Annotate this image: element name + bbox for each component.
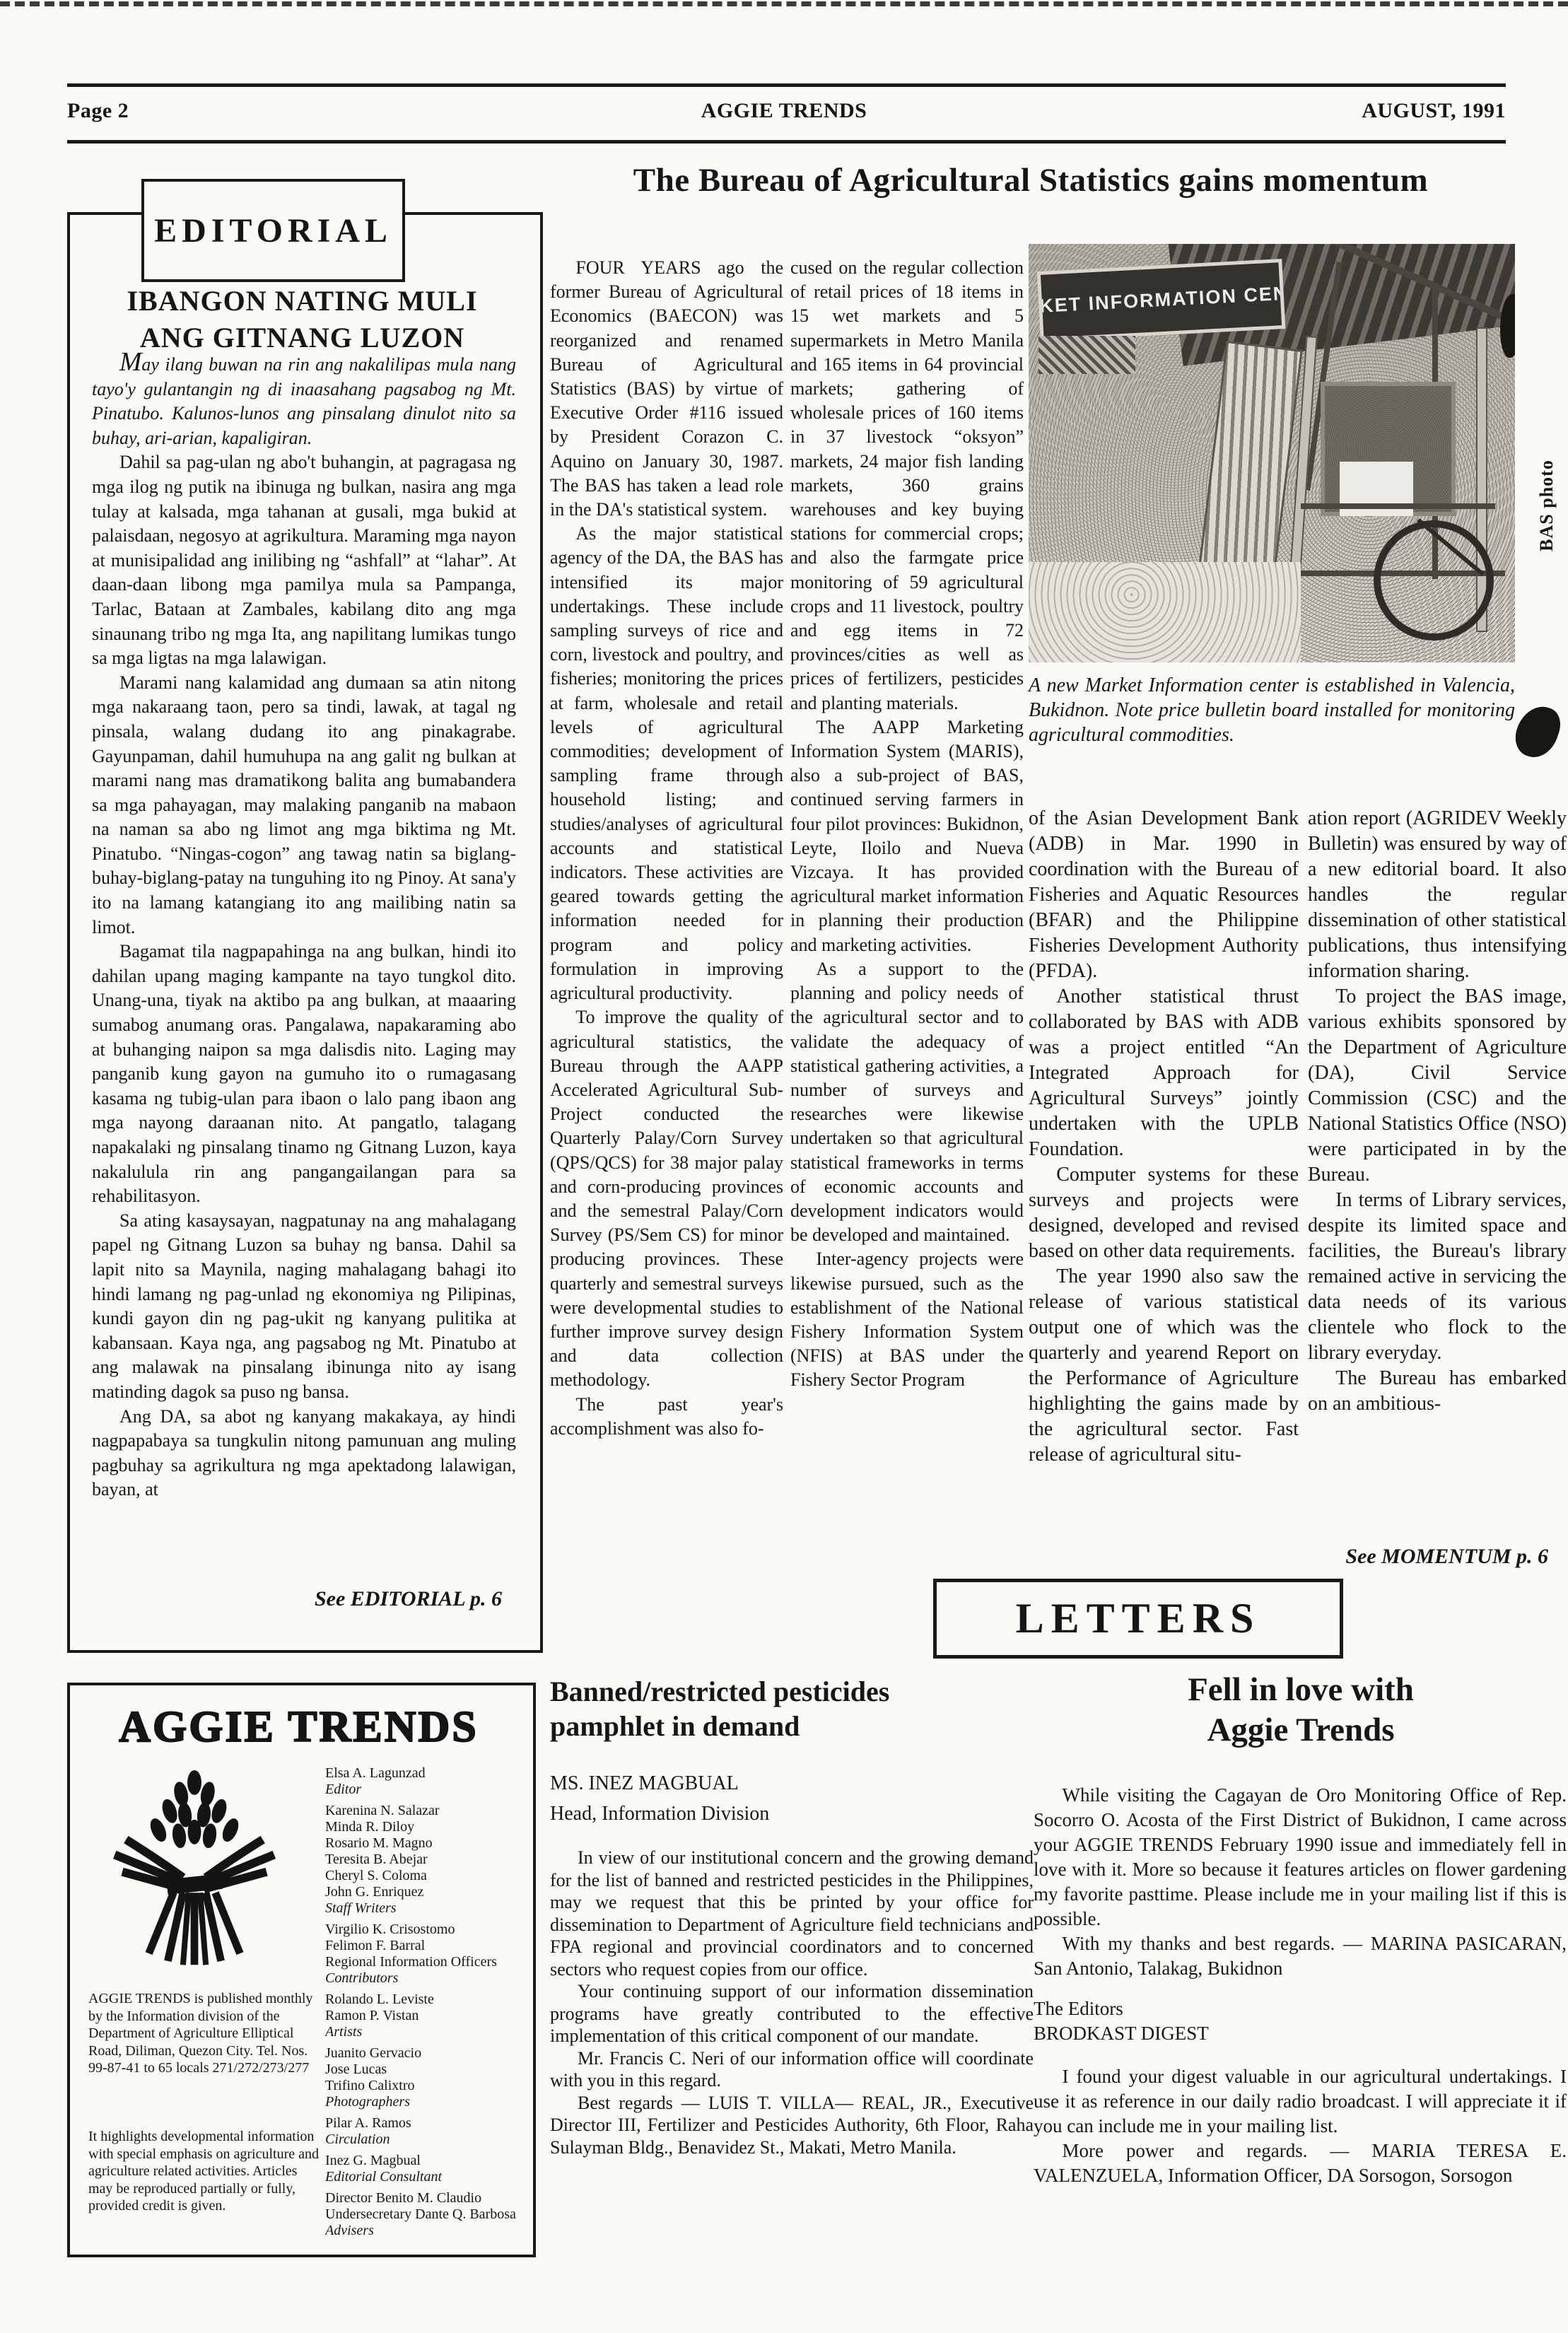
masthead-about-1: AGGIE TRENDS is published monthly by the… xyxy=(88,1990,322,2077)
staff-group-editor: Elsa A. Lagunzad Editor xyxy=(325,1765,523,1798)
photo-sign-text: MARKET INFORMATION CENTER xyxy=(1036,280,1285,320)
letter-paragraph: More power and regards. — MARIA TERESA E… xyxy=(1034,2139,1567,2188)
staff-name: Teresita B. Abejar xyxy=(325,1852,523,1868)
article-column-2: cused on the regular collection of retai… xyxy=(790,256,1024,1585)
running-head: AGGIE TRENDS xyxy=(0,99,1568,123)
letter2-addressee-line1: The Editors xyxy=(1034,1996,1567,2021)
staff-name: Minda R. Diloy xyxy=(325,1819,523,1835)
staff-name: Karenina N. Salazar xyxy=(325,1803,523,1819)
editorial-continuation: See EDITORIAL p. 6 xyxy=(92,1587,502,1611)
staff-name: Felimon F. Barral xyxy=(325,1938,523,1954)
article-paragraph: The year 1990 also saw the release of va… xyxy=(1029,1264,1299,1468)
letter1-addressee-name: MS. INEZ MAGBUAL xyxy=(550,1771,739,1796)
photo-rail xyxy=(1301,503,1495,509)
top-edge-dashes xyxy=(0,1,1568,6)
photo-wheel xyxy=(1374,520,1494,641)
letter1-addressee-title: Head, Information Division xyxy=(550,1801,769,1827)
letter2-title: Fell in love with Aggie Trends xyxy=(1036,1670,1566,1750)
staff-group-contributors: Virgilio K. Crisostomo Felimon F. Barral… xyxy=(325,1922,523,1987)
editorial-paragraph: Marami nang kalamidad ang dumaan sa atin… xyxy=(92,671,516,940)
header-rule-top xyxy=(67,83,1506,87)
letter2-title-line1: Fell in love with xyxy=(1036,1670,1566,1710)
editorial-paragraph: May ilang buwan na rin ang nakalilipas m… xyxy=(92,350,516,450)
staff-name: Juanito Gervacio xyxy=(325,2045,523,2062)
staff-role: Editor xyxy=(325,1782,523,1798)
article-paragraph: The Bureau has embarked on an ambitious- xyxy=(1308,1366,1567,1417)
article-column-5: ation report (AGRIDEV Weekly Bulletin) w… xyxy=(1308,806,1567,1506)
photo-sign-board: MARKET INFORMATION CENTER xyxy=(1036,259,1285,341)
article-column-1: FOUR YEARS ago the former Bureau of Agri… xyxy=(550,256,783,1585)
letter2-body: While visiting the Cagayan de Oro Monito… xyxy=(1034,1783,1567,2278)
article-column-4: of the Asian Development Bank (ADB) in M… xyxy=(1029,806,1299,1584)
ink-smudge xyxy=(1510,701,1565,763)
staff-name: Cheryl S. Coloma xyxy=(325,1868,523,1884)
editorial-title: IBANGON NATING MULI ANG GITNANG LUZON xyxy=(81,283,523,356)
staff-name: Trifino Calixtro xyxy=(325,2078,523,2094)
masthead-staff-list: Elsa A. Lagunzad Editor Karenina N. Sala… xyxy=(325,1765,523,2240)
staff-role: Advisers xyxy=(325,2223,523,2239)
article-paragraph: The AAPP Marketing Information System (M… xyxy=(790,715,1024,957)
staff-name: Ramon P. Vistan xyxy=(325,2008,523,2024)
editorial-paragraph: Sa ating kasaysayan, nagpatunay na ang m… xyxy=(92,1209,516,1405)
letter1-title-line2: pamphlet in demand xyxy=(550,1709,1045,1743)
letter-paragraph: In view of our institutional concern and… xyxy=(550,1847,1034,1980)
staff-role: Circulation xyxy=(325,2132,523,2148)
staff-name: Jose Lucas xyxy=(325,2062,523,2078)
letter2-addressee-line2: BRODKAST DIGEST xyxy=(1034,2021,1567,2046)
staff-group-circulation: Pilar A. Ramos Circulation xyxy=(325,2115,523,2148)
wheat-sheaf-logo xyxy=(99,1767,290,1972)
staff-group-artists: Rolando L. Leviste Ramon P. Vistan Artis… xyxy=(325,1992,523,2040)
photo-credit: BAS photo xyxy=(1536,449,1557,562)
article-paragraph: As the major statistical agency of the D… xyxy=(550,522,783,1005)
staff-role: Staff Writers xyxy=(325,1900,523,1917)
editorial-paragraph: Ang DA, sa abot ng kanyang makakaya, ay … xyxy=(92,1405,516,1502)
editorial-paragraph: Dahil sa pag-ulan ng abo't buhangin, at … xyxy=(92,450,516,670)
issue-date: AUGUST, 1991 xyxy=(1362,99,1506,123)
masthead-title: AGGIE TRENDS xyxy=(81,1702,516,1753)
staff-role: Contributors xyxy=(325,1970,523,1987)
staff-group-advisers: Director Benito M. Claudio Undersecretar… xyxy=(325,2190,523,2239)
staff-name: Rolando L. Leviste xyxy=(325,1992,523,2008)
letter-paragraph: Mr. Francis C. Neri of our information o… xyxy=(550,2047,1034,2092)
article-paragraph: To improve the quality of agricultural s… xyxy=(550,1005,783,1392)
staff-name: Elsa A. Lagunzad xyxy=(325,1765,523,1782)
article-paragraph: The past year's accomplishment was also … xyxy=(550,1393,783,1441)
article-paragraph: To project the BAS image, various exhibi… xyxy=(1308,984,1567,1188)
header-rule-bottom xyxy=(67,140,1506,144)
article-paragraph: FOUR YEARS ago the former Bureau of Agri… xyxy=(550,256,783,522)
staff-group-editorial-consultant: Inez G. Magbual Editorial Consultant xyxy=(325,2153,523,2185)
staff-name: John G. Enriquez xyxy=(325,1884,523,1900)
staff-group-photographers: Juanito Gervacio Jose Lucas Trifino Cali… xyxy=(325,2045,523,2110)
letter-paragraph: While visiting the Cagayan de Oro Monito… xyxy=(1034,1783,1567,1931)
staff-name: Director Benito M. Claudio xyxy=(325,2190,523,2206)
newspaper-page: Page 2 AGGIE TRENDS AUGUST, 1991 EDITORI… xyxy=(0,0,1568,2333)
photo-ground xyxy=(1029,562,1301,662)
editorial-label: EDITORIAL xyxy=(141,179,405,282)
staff-name: Virgilio K. Crisostomo xyxy=(325,1922,523,1938)
staff-group-writers: Karenina N. Salazar Minda R. Diloy Rosar… xyxy=(325,1803,523,1917)
staff-name: Pilar A. Ramos xyxy=(325,2115,523,2132)
article-paragraph: Inter-agency projects were likewise purs… xyxy=(790,1247,1024,1392)
photo-lattice xyxy=(1038,336,1136,373)
article-paragraph: cused on the regular collection of retai… xyxy=(790,256,1024,715)
article-paragraph: ation report (AGRIDEV Weekly Bulletin) w… xyxy=(1308,806,1567,984)
article-paragraph: As a support to the planning and policy … xyxy=(790,957,1024,1247)
letter1-body: In view of our institutional concern and… xyxy=(550,1847,1034,2306)
staff-name: Rosario M. Magno xyxy=(325,1835,523,1852)
letter-paragraph: Best regards — LUIS T. VILLA— REAL, JR.,… xyxy=(550,2092,1034,2159)
letters-label: LETTERS xyxy=(933,1579,1343,1659)
article-paragraph: of the Asian Development Bank (ADB) in M… xyxy=(1029,806,1299,984)
letter-paragraph: Your continuing support of our informati… xyxy=(550,1980,1034,2047)
masthead-about-2: It highlights developmental information … xyxy=(88,2128,322,2215)
article-headline: The Bureau of Agricultural Statistics ga… xyxy=(546,161,1516,199)
letter1-title: Banned/restricted pesticides pamphlet in… xyxy=(550,1674,1045,1743)
letter2-title-line2: Aggie Trends xyxy=(1036,1710,1566,1750)
letter1-title-line1: Banned/restricted pesticides xyxy=(550,1674,1045,1709)
staff-name: Inez G. Magbual xyxy=(325,2153,523,2169)
editorial-title-line1: IBANGON NATING MULI xyxy=(81,283,523,320)
photo-caption: A new Market Information center is estab… xyxy=(1029,673,1515,747)
article-paragraph: In terms of Library services, despite it… xyxy=(1308,1188,1567,1366)
letter-paragraph: I found your digest valuable in our agri… xyxy=(1034,2064,1567,2139)
article-continuation: See MOMENTUM p. 6 xyxy=(1308,1545,1548,1569)
staff-name: Regional Information Officers xyxy=(325,1954,523,1970)
news-photo: MARKET INFORMATION CENTER xyxy=(1029,244,1515,662)
staff-role: Photographers xyxy=(325,2094,523,2110)
staff-name: Undersecretary Dante Q. Barbosa xyxy=(325,2206,523,2223)
staff-role: Editorial Consultant xyxy=(325,2169,523,2185)
article-paragraph: Computer systems for these surveys and p… xyxy=(1029,1162,1299,1264)
editorial-body: May ilang buwan na rin ang nakalilipas m… xyxy=(92,350,516,1573)
letter-paragraph: With my thanks and best regards. — MARIN… xyxy=(1034,1931,1567,1981)
article-paragraph: Another statistical thrust collaborated … xyxy=(1029,984,1299,1162)
editorial-paragraph: Bagamat tila nagpapahinga na ang bulkan,… xyxy=(92,940,516,1209)
staff-role: Artists xyxy=(325,2024,523,2040)
